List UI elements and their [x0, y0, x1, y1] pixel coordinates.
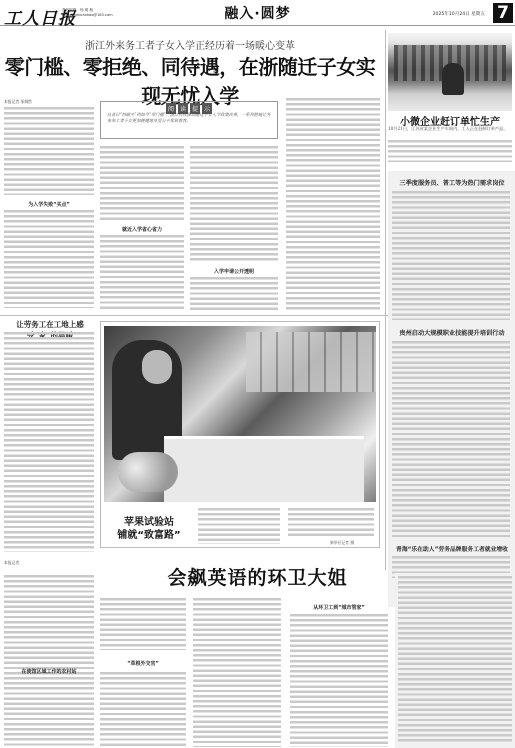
apple-photo-title: 苹果试验站 铺就“致富路”: [108, 516, 190, 542]
masthead: 工人日报 责任编辑：杨 明 舰 E-mail:grbcankao@163.com…: [0, 0, 515, 26]
feature-col2b: [100, 672, 186, 747]
factory-caption-lines: [388, 140, 512, 162]
lead-text-col4: [286, 98, 380, 311]
feature-col3: [193, 598, 281, 747]
apple-title-line2: 铺就“致富路”: [108, 529, 190, 542]
lead-subhead-1: 为入学失败“买点”: [4, 201, 94, 208]
right-article-1-headline: 三季度服务员、普工等为热门需求岗位: [392, 178, 512, 187]
apple-crate: [164, 436, 364, 502]
lead-subhead-2: 就近入学省心省力: [100, 226, 184, 233]
column-divider: [385, 30, 386, 570]
factory-photo-caption: 10月21日，江苏省某企业生产车间内，工人正在赶制订单产品。: [388, 126, 512, 132]
apple-photo-credit: 新华社记者 摄: [330, 540, 354, 546]
right-bottom-text: [398, 576, 512, 744]
stacked-boxes: [246, 332, 376, 392]
apple-caption-col2: [288, 508, 374, 536]
right-article-3-headline: 青海“乐在助人”劳务品牌服务工者就业增收: [392, 544, 512, 553]
feature-col4: [290, 614, 388, 747]
feature-subhead-1: 在使馆区域工作的农村姑: [4, 668, 94, 675]
lead-text-col1: [4, 107, 94, 195]
feature-col2: [100, 598, 186, 650]
apples: [118, 452, 178, 492]
issue-date: 2025年10月24日 星期五: [433, 11, 485, 17]
lead-text-col1b: [4, 210, 94, 308]
apple-caption-col1: [198, 508, 280, 544]
apple-title-line1: 苹果试验站: [108, 516, 190, 529]
lead-kicker: 浙江外来务工者子女入学正经历着一场暖心变革: [0, 37, 380, 52]
man-face: [142, 350, 172, 384]
factory-photo: [388, 33, 512, 111]
section-divider: [0, 315, 388, 316]
lead-text-col2b: [100, 235, 184, 311]
worker-figure: [442, 63, 464, 95]
reading-tips-box: 阅读提示 从昔日“挤破头”到如今“零门槛”，浙江持续推动随迁子女入学政策改革，一…: [100, 101, 278, 139]
feature-col1b: [4, 677, 94, 747]
feature-byline: 本报记者: [4, 560, 19, 566]
feature-col1: [4, 575, 94, 675]
right-article-2-headline: 贵州启动大规模职业技能提升培训行动: [392, 328, 512, 337]
feature-subhead-3: 从环卫工到“城市管家”: [290, 604, 388, 611]
page-number: 7: [493, 3, 513, 23]
lead-subhead-3: 入学申请公开透明: [190, 268, 278, 275]
lead-text-col2: [100, 146, 184, 220]
right-article-1-body: [392, 191, 510, 320]
right-article-2-body: [392, 341, 510, 537]
side-story-body: [4, 332, 94, 552]
lead-text-col3: [190, 146, 278, 262]
reading-tips-body: 从昔日“挤破头”到如今“零门槛”，浙江持续推动随迁子女入学政策改革，一系列措施让…: [107, 112, 271, 124]
apple-station-photo: [104, 326, 376, 502]
lead-text-col3b: [190, 277, 278, 311]
feature-subhead-2: “草根外交官”: [100, 660, 186, 667]
lead-byline: 本报记者 邹倜然: [4, 99, 32, 105]
